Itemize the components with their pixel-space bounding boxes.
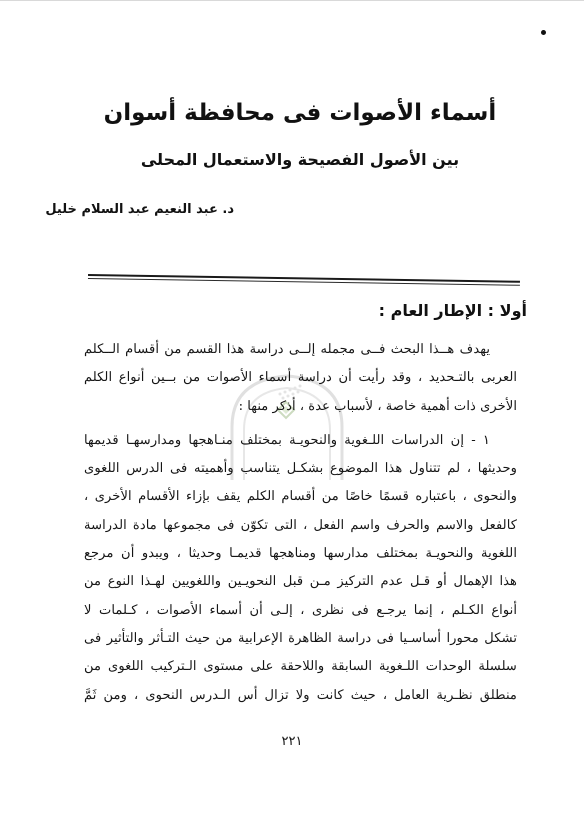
double-rule-divider: [88, 274, 520, 286]
paragraph-intro: يهدف هــذا البحث فــى مجمله إلــى دراسة …: [84, 336, 517, 421]
text-line: والنحوى ، باعتباره قسمًا خاصًا من أقسام …: [84, 483, 517, 511]
text-line: سلسلة الوحدات اللـغوية السابقة واللاحقة …: [84, 653, 517, 681]
text-line: كالفعل والاسم والحرف واسم الفعل ، التى ت…: [84, 512, 517, 540]
author-name: د. عبد النعيم عبد السلام خليل: [45, 200, 234, 220]
document-page: أسماء الأصوات فى محافظة أسوان بين الأصول…: [0, 0, 584, 838]
section-heading: أولا : الإطار العام :: [379, 299, 527, 323]
text-line: منطلق نظـرية العامل ، حيث كانت ولا تزال …: [84, 682, 517, 710]
page-number: ٢٢١: [0, 732, 584, 752]
text-line: الأخرى ذات أهمية خاصة ، لأسباب عدة ، أذك…: [84, 393, 517, 421]
document-subtitle: بين الأصول الفصيحة والاستعمال المحلى: [100, 148, 500, 172]
text-line: وحديثها ، لم تتناول هذا الموضوع بشكـل يت…: [84, 455, 517, 483]
text-line: هذا الإهمال أو قـل عدم التركيز مـن قبل ا…: [84, 568, 517, 596]
text-line: أنواع الكـلم ، إنما يرجـع فى نظرى ، إلـى…: [84, 597, 517, 625]
text-line: اللغوية والنحويـة بمختلف مدارسها ومناهجه…: [84, 540, 517, 568]
text-line: يهدف هــذا البحث فــى مجمله إلــى دراسة …: [84, 336, 517, 364]
text-line: تشكل محورا أساسـيا فى دراسة الظاهرة الإع…: [84, 625, 517, 653]
text-line: ١ - إن الدراسات اللـغوية والنحويـة بمختل…: [84, 427, 517, 455]
body-text: يهدف هــذا البحث فــى مجمله إلــى دراسة …: [84, 336, 517, 710]
paragraph-point-1: ١ - إن الدراسات اللـغوية والنحويـة بمختل…: [84, 427, 517, 710]
text-line: العربى بالتـحديد ، وقد رأيت أن دراسة أسم…: [84, 364, 517, 392]
document-title: أسماء الأصوات فى محافظة أسوان: [100, 98, 500, 128]
